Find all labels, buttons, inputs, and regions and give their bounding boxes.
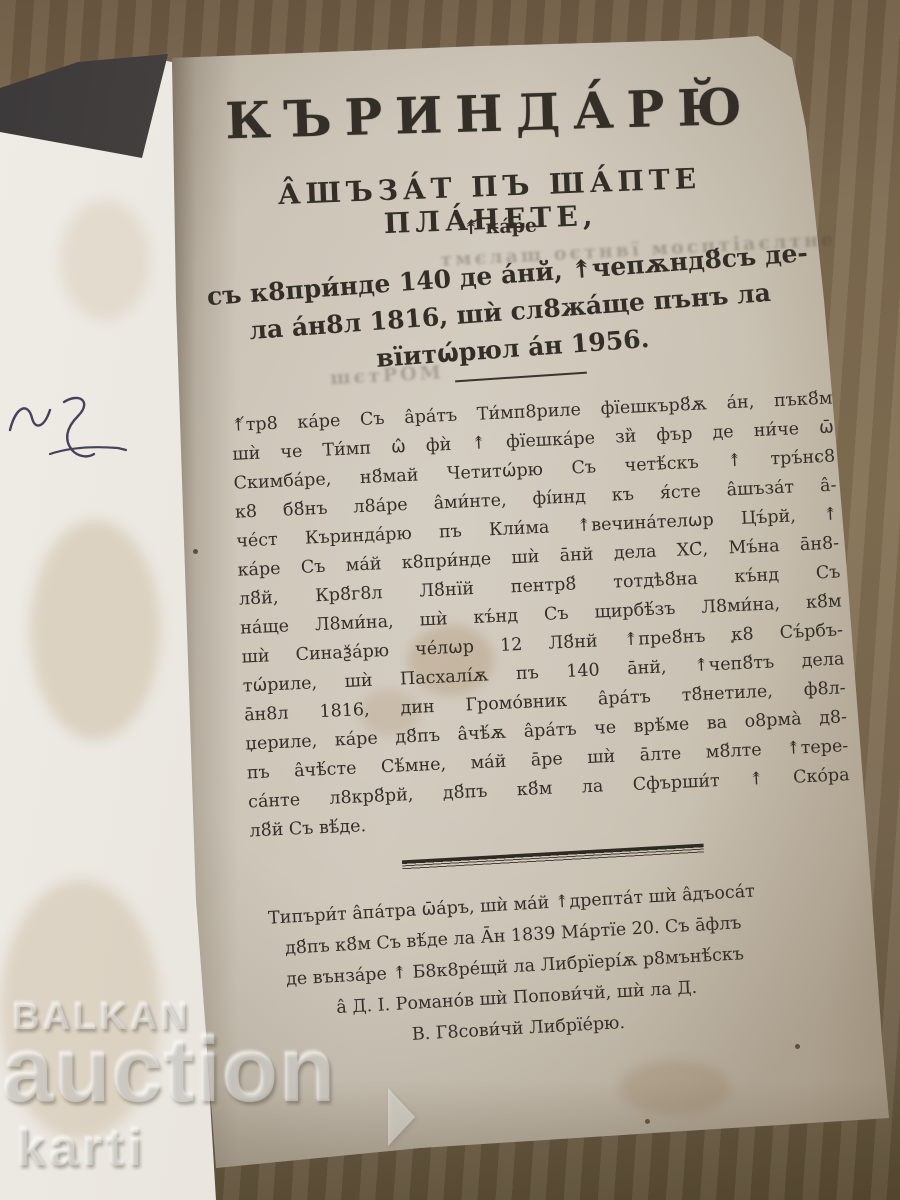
stain bbox=[30, 520, 160, 740]
play-icon bbox=[388, 1088, 415, 1146]
handwriting-mark bbox=[6, 388, 136, 488]
watermark-auction: auction bbox=[2, 1018, 336, 1123]
stain bbox=[60, 200, 150, 320]
photo-of-antique-book: тмєлаш оєтнвї мосптіаєлтне шєтPOМ КЪРИНД… bbox=[0, 0, 900, 1200]
watermark-karti: karti bbox=[16, 1118, 146, 1178]
stain bbox=[620, 1060, 730, 1115]
body-paragraph: ↟́тр8 ка́ре Съ а̂ра́тъ Ти́мп8риле фїешкъ… bbox=[230, 385, 851, 847]
